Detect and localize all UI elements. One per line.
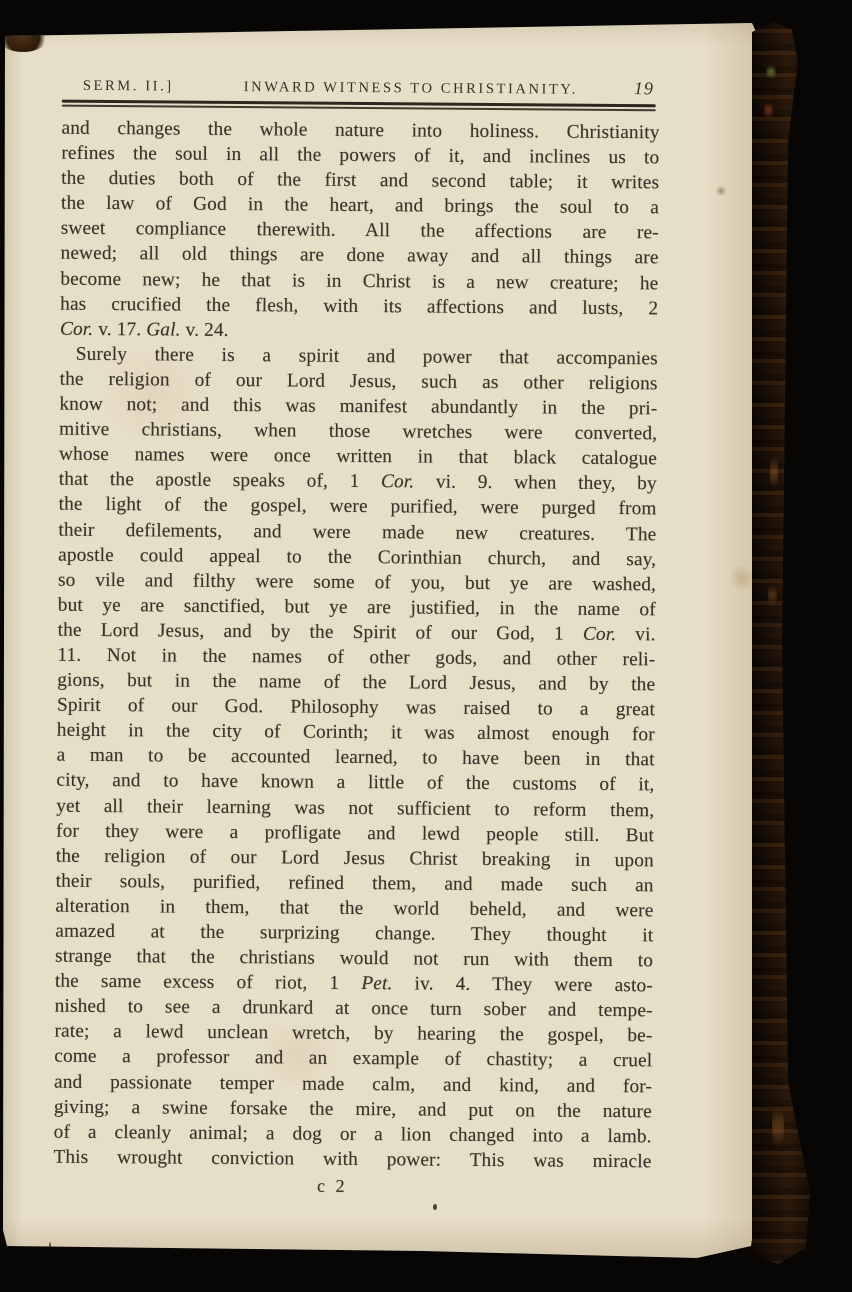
running-title: INWARD WITNESS TO CHRISTIANITY. — [174, 79, 634, 100]
book-spine-edge — [752, 22, 814, 1266]
printed-text-block: SERM. II.] INWARD WITNESS TO CHRISTIANIT… — [53, 74, 660, 1200]
leather-fleck — [768, 582, 777, 608]
leather-fleck — [766, 64, 776, 80]
page-number: 19 — [634, 78, 654, 99]
leather-fleck — [764, 100, 773, 120]
leather-fleck — [770, 452, 778, 492]
running-header: SERM. II.] INWARD WITNESS TO CHRISTIANIT… — [62, 74, 660, 100]
photograph-background: SERM. II.] INWARD WITNESS TO CHRISTIANIT… — [0, 0, 852, 1292]
book-cover-corner — [0, 22, 49, 52]
leather-fleck — [772, 1102, 784, 1152]
ink-speck — [433, 1204, 437, 1210]
section-label: SERM. II.] — [83, 78, 174, 96]
body-text: and changes the whole nature into holine… — [53, 116, 659, 1175]
paper-stain — [715, 186, 727, 196]
text-line: This wrought conviction with power: This… — [53, 1144, 651, 1174]
header-rule — [62, 100, 656, 112]
ink-speck — [49, 1242, 51, 1251]
